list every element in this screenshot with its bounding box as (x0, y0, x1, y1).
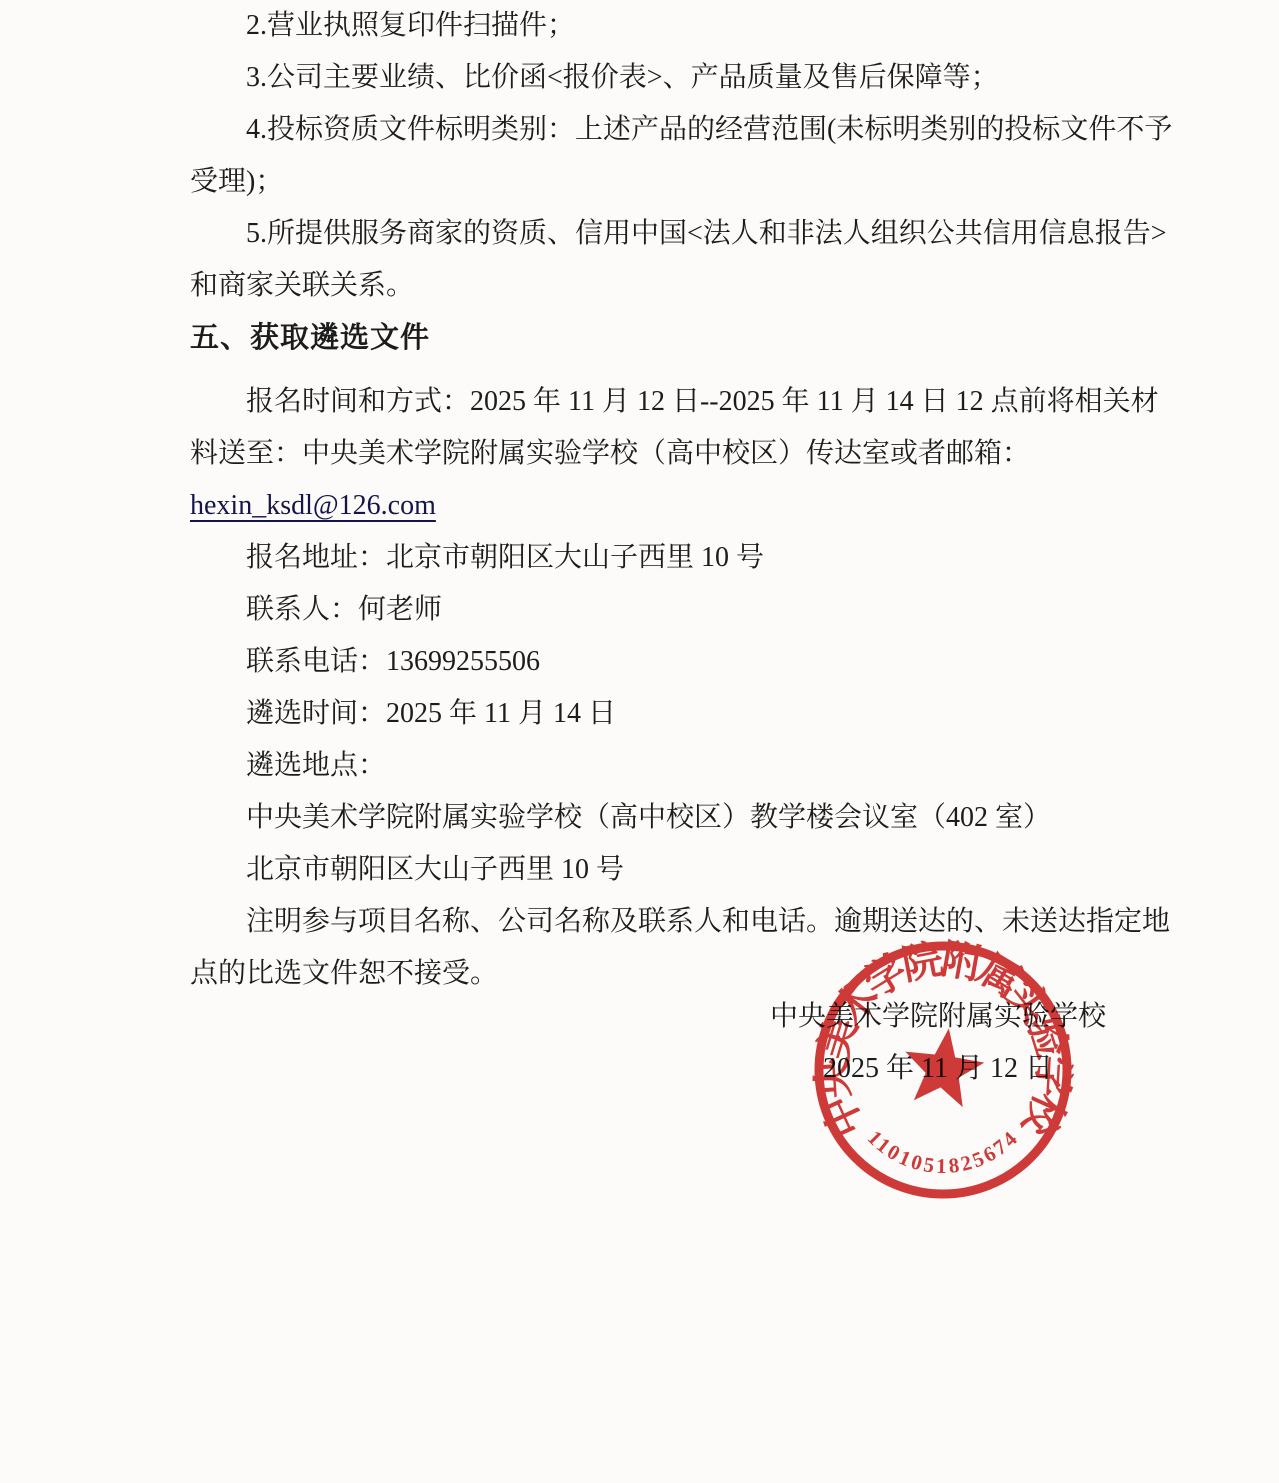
email-link[interactable]: hexin_ksdl@126.com (190, 490, 436, 521)
doc-line: 和商家关联关系。 (190, 260, 1150, 312)
doc-line: 4.投标资质文件标明类别：上述产品的经营范围(未标明类别的投标文件不予 (190, 104, 1150, 156)
doc-line: 3.公司主要业绩、比价函<报价表>、产品质量及售后保障等； (190, 52, 1150, 104)
email-line: hexin_ksdl@126.com (190, 480, 1150, 532)
doc-line: 遴选时间：2025 年 11 月 14 日 (190, 688, 1150, 740)
doc-line: 料送至：中央美术学院附属实验学校（高中校区）传达室或者邮箱： (190, 428, 1150, 480)
document-body: 2.营业执照复印件扫描件； 3.公司主要业绩、比价函<报价表>、产品质量及售后保… (190, 0, 1150, 1000)
doc-line: 5.所提供服务商家的资质、信用中国<法人和非法人组织公共信用信息报告> (190, 208, 1150, 260)
seal-serial-container: 1101051825674 (863, 1126, 1022, 1178)
doc-line: 2.营业执照复印件扫描件； (190, 0, 1150, 52)
document-page: 2.营业执照复印件扫描件； 3.公司主要业绩、比价函<报价表>、产品质量及售后保… (0, 0, 1279, 1483)
seal-serial-number: 1101051825674 (863, 1126, 1022, 1178)
doc-line: 受理)； (190, 156, 1150, 208)
signature-block: 中央美术学院附属实验学校 2025 年 11 月 12 日 (718, 991, 1158, 1095)
doc-line: 联系人：何老师 (190, 584, 1150, 636)
doc-line: 中央美术学院附属实验学校（高中校区）教学楼会议室（402 室） (190, 792, 1150, 844)
doc-line: 北京市朝阳区大山子西里 10 号 (190, 844, 1150, 896)
doc-line: 报名时间和方式：2025 年 11 月 12 日--2025 年 11 月 14… (190, 376, 1150, 428)
doc-line: 联系电话：13699255506 (190, 636, 1150, 688)
signature-date-line: 2025 年 11 月 12 日 (718, 1043, 1158, 1095)
doc-line: 报名地址：北京市朝阳区大山子西里 10 号 (190, 532, 1150, 584)
signature-org-line: 中央美术学院附属实验学校 (718, 991, 1158, 1043)
doc-line: 遴选地点： (190, 740, 1150, 792)
section-heading: 五、获取遴选文件 (190, 312, 1150, 364)
